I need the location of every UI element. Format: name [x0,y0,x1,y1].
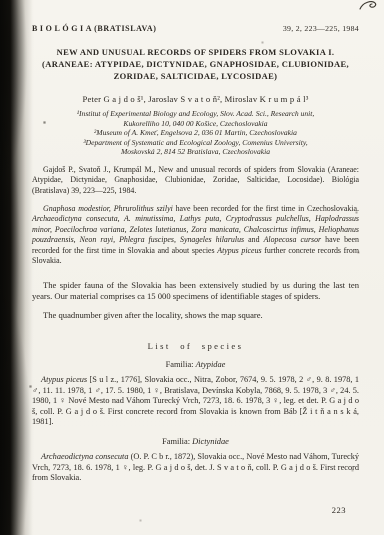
page-content: BIOLÓGIA (BRATISLAVA) 39, 2, 223—225, 19… [32,0,359,492]
page-number: 223 [332,505,346,515]
journal-place: (BRATISLAVA) [94,24,156,33]
affiliation-line-4: ³Department of Systematic and Ecological… [32,138,359,148]
binding-shadow [0,0,34,535]
affiliations-block: ¹Institut of Experimental Biology and Ec… [32,109,359,157]
species-name: Archaeodictyna consecuta [41,452,129,461]
journal-name: BIOLÓGIA [32,24,94,33]
scanned-paper-page: BIOLÓGIA (BRATISLAVA) 39, 2, 223—225, 19… [0,0,384,535]
family-heading-atypidae: Familia: Atypidae [32,360,359,369]
affiliation-line-3: ²Museum of A. Kmeť, Engelsova 2, 036 01 … [32,128,359,138]
family-label: Familia: [166,360,194,369]
body-paragraph-2: The quadnumber given after the locality,… [32,310,359,321]
family-label: Familia: [162,437,190,446]
journal-header: BIOLÓGIA (BRATISLAVA) 39, 2, 223—225, 19… [32,24,359,33]
pen-squiggle-mark [358,0,382,14]
paper-title-line-3: ZORIDAE, SALTICIDAE, LYCOSIDAE) [32,70,359,82]
journal-title: BIOLÓGIA (BRATISLAVA) [32,24,157,33]
species-entry-atypus-piceus: Atypus piceus [S u l z., 1776], Slovakia… [32,375,359,428]
family-heading-dictynidae: Familia: Dictynidae [32,437,359,446]
family-name: Dictynidae [192,437,229,446]
affiliation-line-2: Kukorelliho 10, 040 00 Košice, Czechoslo… [32,119,359,129]
affiliation-line-5: Moskovská 2, 814 52 Bratislava, Czechosl… [32,147,359,157]
affiliation-line-1: ¹Institut of Experimental Biology and Ec… [32,109,359,119]
scan-speckles [0,0,1,1]
authors-line: Peter G a j d o š¹, Jaroslav S v a t o ň… [32,94,359,104]
abstract-species-segment: Gnaphosa modestior, Phrurolithus szilyi [43,204,173,213]
abstract-text-segment: have been recorded for the first time in… [173,204,359,213]
abstract-species-segment: Atypus piceus [217,246,261,255]
section-heading-list-of-species: List of species [32,341,359,351]
abstract-paragraph: Gnaphosa modestior, Phrurolithus szilyi … [32,204,359,266]
abstract-text-segment: and [244,235,263,244]
abstract-species-segment: Alopecosa cursor [264,235,322,244]
citation-paragraph: Gajdoš P., Svatoň J., Krumpál M., New an… [32,165,359,196]
species-entry-archaeodictyna-consecuta: Archaeodictyna consecuta (O. P. C b r., … [32,452,359,484]
paper-title-line-1: NEW AND UNUSUAL RECORDS OF SPIDERS FROM … [32,46,359,58]
journal-issue-info: 39, 2, 223—225, 1984 [283,24,359,33]
family-name: Atypidae [196,360,226,369]
species-name: Atypus piceus [41,375,87,384]
body-paragraph-1: The spider fauna of the Slovakia has bee… [32,280,359,302]
paper-title-line-2: (ARANEAE: ATYPIDAE, DICTYNIDAE, GNAPHOSI… [32,58,359,70]
paper-title: NEW AND UNUSUAL RECORDS OF SPIDERS FROM … [32,46,359,82]
